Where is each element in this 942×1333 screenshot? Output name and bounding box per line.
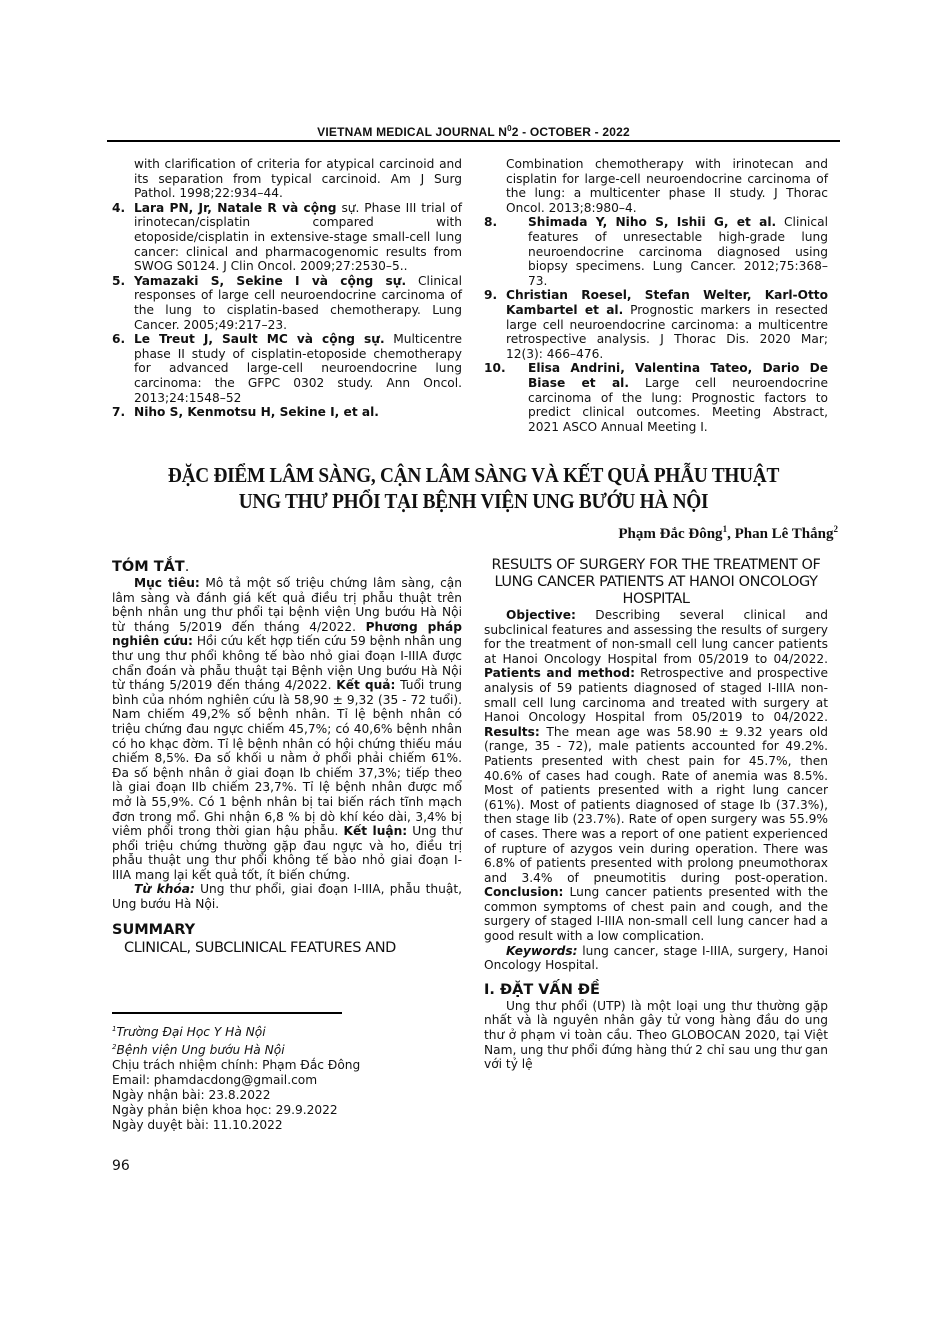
english-title-part2: RESULTS OF SURGERY FOR THE TREATMENT OF … xyxy=(484,557,828,608)
introduction-body: Ung thư phổi (UTP) là một loại ung thư t… xyxy=(484,999,828,1072)
header-rule xyxy=(107,140,840,142)
abstract-body: Objective: Describing several clinical a… xyxy=(484,608,828,944)
journal-name: VIETNAM MEDICAL JOURNAL N xyxy=(317,125,507,139)
footnote-rule xyxy=(112,1012,342,1014)
reference-item: 9. Christian Roesel, Stefan Welter, Karl… xyxy=(484,288,828,361)
abstract-vietnamese: TÓM TẮT. Mục tiêu: Mô tả một số triệu ch… xyxy=(112,558,462,957)
reference-authors: Niho S, Kenmotsu H, Sekine I, et al. xyxy=(134,405,379,419)
english-title-part1: CLINICAL, SUBCLINICAL FEATURES AND xyxy=(112,939,462,957)
introduction-heading: I. ĐẶT VẤN ĐỀ xyxy=(484,981,828,999)
reference-item: 5. Yamazaki S, Sekine I và cộng sự. Clin… xyxy=(112,274,462,332)
article-authors: Phạm Đắc Đông1, Phan Lê Thắng2 xyxy=(618,524,838,543)
corresponding-author: Chịu trách nhiệm chính: Phạm Đắc Đông xyxy=(112,1058,462,1073)
reference-authors: Yamazaki S, Sekine I và cộng sự. xyxy=(134,274,406,288)
reference-item: with clarification of criteria for atypi… xyxy=(112,157,462,201)
reference-item: 8. Shimada Y, Niho S, Ishii G, et al. Cl… xyxy=(484,215,828,288)
date-accepted: Ngày duyệt bài: 11.10.2022 xyxy=(112,1118,462,1133)
references-right-column: Combination chemotherapy with irinotecan… xyxy=(484,157,828,434)
affiliation-2: 2Bệnh viện Ung bướu Hà Nội xyxy=(112,1040,462,1058)
reference-item: 7. Niho S, Kenmotsu H, Sekine I, et al. xyxy=(112,405,462,420)
email: Email: phamdacdong@gmail.com xyxy=(112,1073,462,1088)
reference-authors: Shimada Y, Niho S, Ishii G, et al. xyxy=(528,215,776,229)
abstract-english: RESULTS OF SURGERY FOR THE TREATMENT OF … xyxy=(484,557,828,1072)
running-header: VIETNAM MEDICAL JOURNAL N02 - OCTOBER - … xyxy=(107,124,840,139)
references-left-column: with clarification of criteria for atypi… xyxy=(112,157,462,420)
affiliation-1: 1Trường Đại Học Y Hà Nội xyxy=(112,1022,462,1040)
reference-authors: Lara PN, Jr, Natale R và cộng xyxy=(134,201,337,215)
keywords: Keywords: lung cancer, stage I-IIIA, sur… xyxy=(484,944,828,973)
section-heading: TÓM TẮT. xyxy=(112,558,462,576)
issue-date: 2 - OCTOBER - 2022 xyxy=(512,125,630,139)
page-number: 96 xyxy=(112,1158,130,1174)
footnotes: 1Trường Đại Học Y Hà Nội 2Bệnh viện Ung … xyxy=(112,1022,462,1133)
reference-item: 6. Le Treut J, Sault MC và cộng sự. Mult… xyxy=(112,332,462,405)
keywords: Từ khóa: Ung thư phổi, giai đoạn I-IIIA,… xyxy=(112,882,462,911)
journal-page: VIETNAM MEDICAL JOURNAL N02 - OCTOBER - … xyxy=(0,0,942,1333)
article-title: ĐẶC ĐIỂM LÂM SÀNG, CẬN LÂM SÀNG VÀ KẾT Q… xyxy=(136,462,810,514)
abstract-body: Mục tiêu: Mô tả một số triệu chứng lâm s… xyxy=(112,576,462,882)
reference-item: 4. Lara PN, Jr, Natale R và cộng sự. Pha… xyxy=(112,201,462,274)
date-received: Ngày nhận bài: 23.8.2022 xyxy=(112,1088,462,1103)
reference-item: 10. Elisa Andrini, Valentina Tateo, Dari… xyxy=(484,361,828,434)
reference-authors: Le Treut J, Sault MC và cộng sự. xyxy=(134,332,385,346)
summary-heading: SUMMARY xyxy=(112,921,462,939)
date-reviewed: Ngày phản biện khoa học: 29.9.2022 xyxy=(112,1103,462,1118)
reference-item: Combination chemotherapy with irinotecan… xyxy=(484,157,828,215)
